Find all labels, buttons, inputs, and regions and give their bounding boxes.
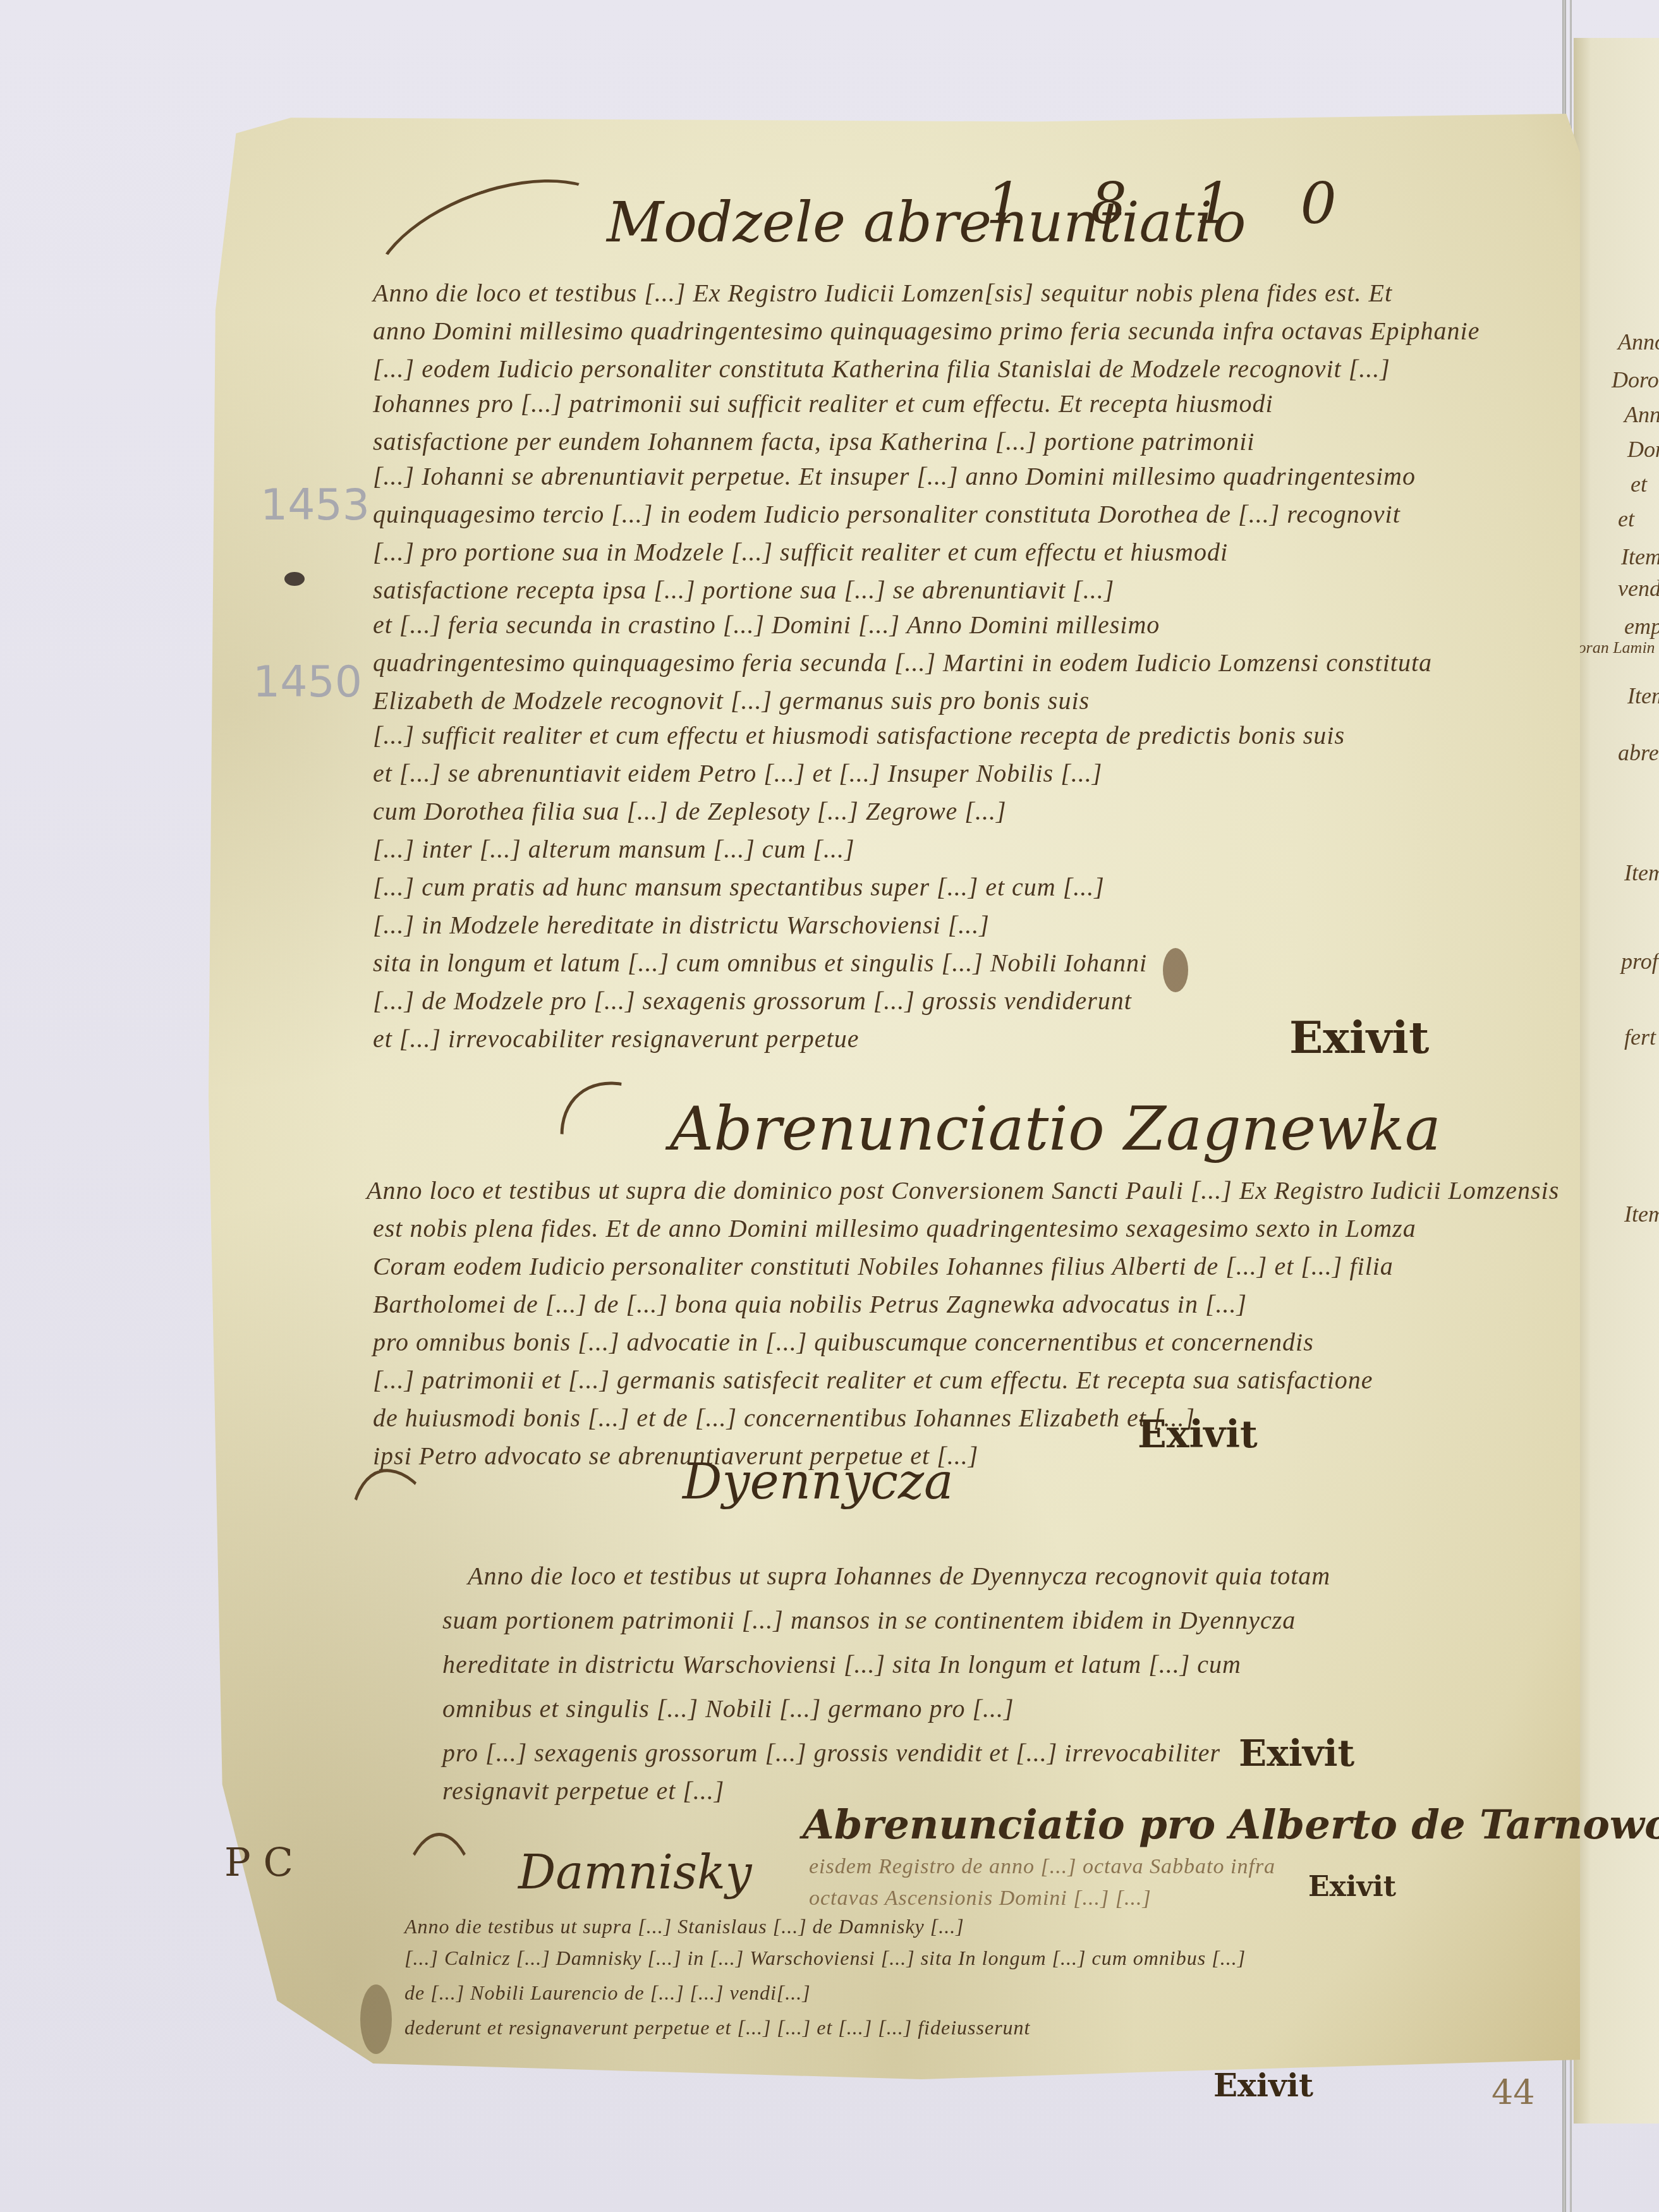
text-line: suam portionem patrimonii [...] mansos i… [442,1605,1296,1635]
section-heading: Dyennycza [683,1454,954,1510]
text-line: [...] cum pratis ad hunc mansum spectant… [373,872,1105,902]
text-line: [...] Iohanni se abrenuntiavit perpetue.… [373,461,1416,491]
adjacent-text: Domo [1627,436,1659,463]
adjacent-text: Item [1627,683,1659,709]
text-line: [...] de Modzele pro [...] sexagenis gro… [373,986,1132,1016]
text-line: de huiusmodi bonis [...] et de [...] con… [373,1403,1195,1433]
text-line: Anno die loco et testibus ut supra Iohan… [468,1561,1330,1591]
side-text-line: eisdem Registro de anno [...] octava Sab… [809,1855,1275,1879]
text-line: [...] eodem Iudicio personaliter constit… [373,354,1390,384]
closing-word: Exivit [1289,1011,1429,1064]
text-line: quadringentesimo quinquagesimo feria sec… [373,648,1432,678]
text-line: anno Domini millesimo quadringentesimo q… [373,316,1480,346]
text-line: Coram eodem Iudicio personaliter constit… [373,1251,1394,1281]
text-line: satisfactione per eundem Iohannem facta,… [373,427,1255,456]
text-line: cum Dorothea filia sua [...] de Zeplesot… [373,796,1006,826]
section-heading: Abrenunciatio Zagnewka [670,1093,1441,1164]
text-line: Anno die testibus ut supra [...] Stanisl… [404,1915,964,1938]
adjacent-text: emp [1624,613,1659,640]
text-line: dederunt et resignaverunt perpetue et [.… [404,2016,1031,2039]
text-line: hereditate in districtu Warschoviensi [.… [442,1650,1241,1679]
pencil-year-note: 1453 [260,480,370,530]
text-line: et [...] irrevocabiliter resignaverunt p… [373,1024,859,1054]
pencil-year-note: 1450 [253,657,362,707]
text-line: [...] Calnicz [...] Damnisky [...] in [.… [404,1947,1246,1970]
text-line: satisfactione recepta ipsa [...] portion… [373,575,1114,605]
adjacent-text: vendi [1618,575,1659,602]
section-heading: Modzele abrenuntiatio [607,190,1246,255]
adjacent-text: Anno [1624,401,1659,428]
closing-word: Exivit [1308,1871,1396,1903]
adjacent-text: fert [1624,1024,1656,1050]
text-line: Bartholomei de [...] de [...] bona quia … [373,1289,1247,1319]
closing-word: Exivit [1239,1732,1354,1775]
adjacent-text: abren [1618,739,1659,766]
text-line: Elizabeth de Modzele recognovit [...] ge… [373,686,1090,715]
adjacent-text: et [1618,506,1634,532]
text-line: pro omnibus bonis [...] advocatie in [..… [373,1327,1314,1357]
text-line: Anno die loco et testibus [...] Ex Regis… [373,278,1392,308]
text-line: et [...] feria secunda in crastino [...]… [373,610,1160,640]
adjacent-margin-note: voran Lamin [1571,638,1655,657]
section-heading: Damnisky [518,1845,752,1900]
ink-stain [1163,948,1188,992]
adjacent-text: et [1631,471,1647,497]
text-line: [...] pro portione sua in Modzele [...] … [373,537,1228,567]
text-line: Iohannes pro [...] patrimonii sui suffic… [373,389,1273,418]
text-line: sita in longum et latum [...] cum omnibu… [373,948,1147,978]
adjacent-text: prof [1621,948,1658,975]
ink-blot [284,572,305,586]
text-line: quinquagesimo tercio [...] in eodem Iudi… [373,499,1401,529]
text-line: de [...] Nobili Laurencio de [...] [...]… [404,1981,811,2005]
stain [360,1984,392,2054]
text-line: et [...] se abrenuntiavit eidem Petro [.… [373,758,1102,788]
text-line: resignavit perpetue et [...] [442,1776,724,1806]
margin-letters: P C [224,1839,293,1885]
text-line: pro [...] sexagenis grossorum [...] gros… [442,1738,1220,1768]
adjacent-text: Item [1621,544,1659,570]
text-line: omnibus et singulis [...] Nobili [...] g… [442,1694,1014,1723]
text-line: Anno loco et testibus ut supra die domin… [367,1176,1559,1205]
text-line: [...] inter [...] alterum mansum [...] c… [373,834,855,864]
adjacent-text: Item [1624,860,1659,886]
adjacent-text: Anno [1618,329,1659,355]
side-text-line: octavas Ascensionis Domini [...] [...] [809,1887,1152,1911]
folio-corner-mark: 44 [1492,2073,1535,2113]
closing-word: Exivit [1138,1413,1258,1457]
side-heading: Abrenunciatio pro Alberto de Tarnowo [803,1801,1659,1849]
text-line: est nobis plena fides. Et de anno Domini… [373,1213,1416,1243]
text-line: [...] in Modzele hereditate in districtu… [373,910,990,940]
adjacent-text: Item [1624,1201,1659,1227]
adjacent-text: Doroth [1612,367,1659,393]
text-line: [...] patrimonii et [...] germanis satis… [373,1365,1373,1395]
closing-word: Exivit [1213,2067,1313,2104]
text-line: [...] sufficit realiter et cum effectu e… [373,720,1345,750]
